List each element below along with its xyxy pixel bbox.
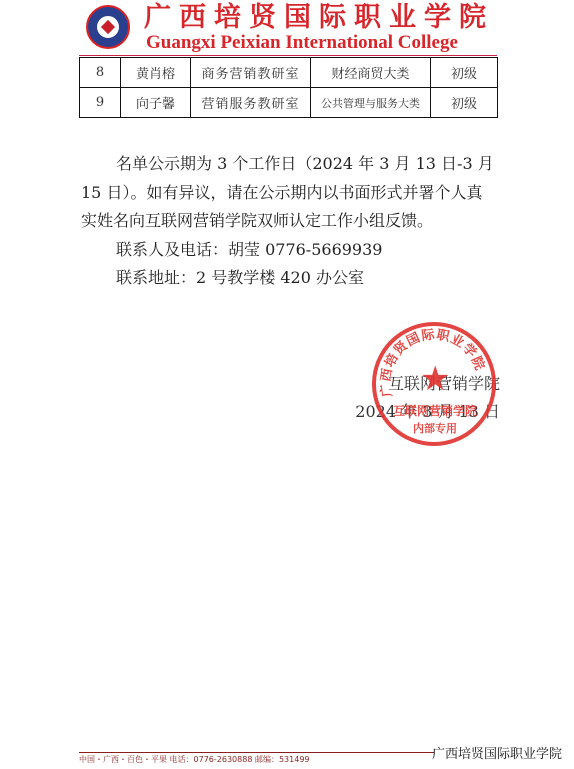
table-row: 8 黄肖榕 商务营销教研室 财经商贸大类 初级 [80,58,498,88]
cell-office: 营销服务教研室 [191,88,311,118]
seal-department: 互联网营销学院 [390,402,480,419]
footer-address: 中国・广西・百色・平果 电话：0776-2630888 邮编：531499 [79,754,310,765]
cell-no: 8 [80,58,121,88]
cell-category: 公共管理与服务大类 [311,88,431,118]
official-seal: 广西培贤国际职业学院 ★ 互联网营销学院 内部专用 [372,322,496,446]
footer-brand: 广西培贤国际职业学院 [432,743,562,762]
cell-office: 商务营销教研室 [191,58,311,88]
letterhead: 广西培贤国际职业学院 Guangxi Peixian International… [82,3,502,51]
seal-note: 内部专用 [400,420,470,436]
cell-category: 财经商贸大类 [311,58,431,88]
college-emblem-icon [86,5,130,49]
notice-paragraph: 名单公示期为 3 个工作日（2024 年 3 月 13 日-3 月 15 日）。… [81,150,497,236]
cell-level: 初级 [431,58,498,88]
cell-name: 黄肖榕 [121,58,191,88]
cell-level: 初级 [431,88,498,118]
star-icon: ★ [420,362,450,396]
contact-person: 联系人及电话：胡莹 0776-5669939 [81,236,497,265]
table-row: 9 向子馨 营销服务教研室 公共管理与服务大类 初级 [80,88,498,118]
cell-name: 向子馨 [121,88,191,118]
header-divider [79,55,497,56]
contact-address: 联系地址：2 号教学楼 420 办公室 [81,264,497,293]
notice-body: 名单公示期为 3 个工作日（2024 年 3 月 13 日-3 月 15 日）。… [81,150,497,293]
footer-divider [79,752,434,753]
cell-no: 9 [80,88,121,118]
roster-table: 8 黄肖榕 商务营销教研室 财经商贸大类 初级 9 向子馨 营销服务教研室 公共… [79,57,498,118]
college-name-en: Guangxi Peixian International College [146,33,458,53]
college-name-cn: 广西培贤国际职业学院 [144,3,494,33]
